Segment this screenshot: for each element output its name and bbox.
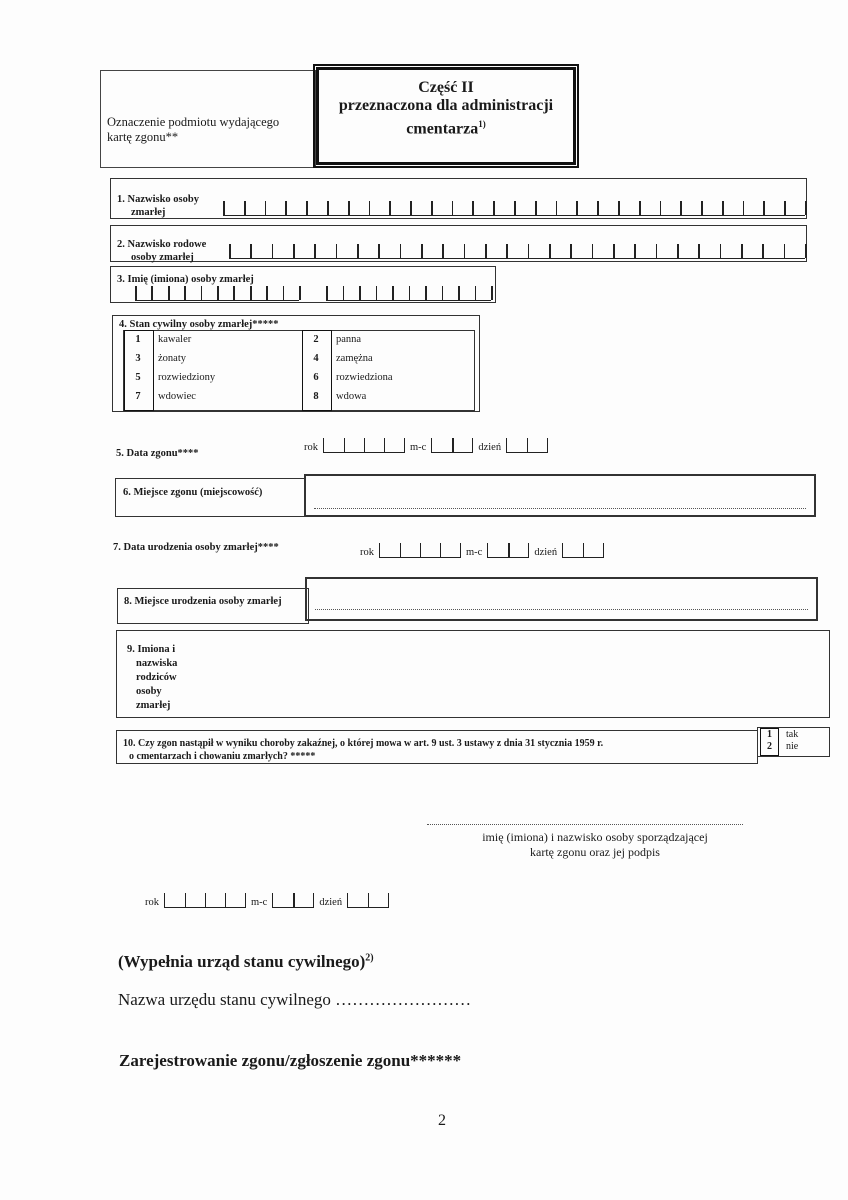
birth-year-cells[interactable] bbox=[379, 543, 461, 558]
cell-divider bbox=[442, 286, 444, 300]
cell-divider bbox=[570, 244, 572, 258]
cell-divider bbox=[508, 543, 509, 557]
infectious-answer-box: 1tak2nie bbox=[757, 727, 830, 757]
cell-divider bbox=[343, 286, 345, 300]
death-place-input[interactable] bbox=[304, 474, 816, 517]
death-place-label: 6. Miejsce zgonu (miejscowość) bbox=[123, 486, 262, 499]
cell-divider bbox=[597, 201, 599, 215]
part-title-box: Część II przeznaczona dla administracji … bbox=[313, 64, 579, 168]
civil-registry-heading: (Wypełnia urząd stanu cywilnego)2) bbox=[118, 952, 374, 972]
issuer-label-line2: kartę zgonu** bbox=[107, 130, 279, 145]
cell-divider bbox=[535, 201, 537, 215]
birth-place-label-box: 8. Miejsce urodzenia osoby zmarłej bbox=[117, 588, 309, 624]
parents-label-line: rodziców bbox=[127, 671, 177, 685]
birth-month-cells[interactable] bbox=[487, 543, 529, 558]
footnote-ref: 1) bbox=[478, 119, 486, 129]
cell-divider bbox=[409, 286, 411, 300]
cell-divider bbox=[592, 244, 594, 258]
cell-divider bbox=[205, 893, 206, 907]
cell-divider bbox=[314, 244, 316, 258]
first-names-field: 3. Imię (imiona) osoby zmarłej bbox=[110, 266, 496, 303]
cell-divider bbox=[656, 244, 658, 258]
infectious-option-label: tak bbox=[786, 729, 798, 740]
marital-option-code[interactable]: 3 bbox=[124, 353, 152, 364]
page-number: 2 bbox=[438, 1112, 446, 1130]
cell-divider bbox=[452, 201, 454, 215]
surname-field: 1. Nazwisko osoby zmarłej bbox=[110, 178, 807, 219]
year-label: rok bbox=[360, 547, 374, 558]
cell-divider bbox=[400, 244, 402, 258]
dotted-line bbox=[314, 508, 806, 509]
cell-divider bbox=[722, 201, 724, 215]
cell-divider bbox=[583, 543, 584, 557]
infectious-option-code[interactable]: 2 bbox=[760, 741, 779, 752]
surname-label: 1. Nazwisko osoby zmarłej bbox=[117, 193, 199, 219]
cell-divider bbox=[576, 201, 578, 215]
signature-caption: imię (imiona) i nazwisko osoby sporządza… bbox=[420, 830, 770, 860]
cell-divider bbox=[680, 201, 682, 215]
signature-line[interactable] bbox=[427, 824, 743, 825]
cell-divider bbox=[618, 201, 620, 215]
cell-divider bbox=[720, 244, 722, 258]
maiden-name-label-line1: 2. Nazwisko rodowe bbox=[117, 238, 206, 251]
cell-divider bbox=[431, 201, 433, 215]
cell-divider bbox=[527, 438, 528, 452]
cell-divider bbox=[528, 244, 530, 258]
maiden-name-label: 2. Nazwisko rodowe osoby zmarłej bbox=[117, 238, 206, 264]
cell-divider bbox=[151, 286, 153, 300]
cell-divider bbox=[493, 201, 495, 215]
cell-divider bbox=[359, 286, 361, 300]
cell-divider bbox=[306, 201, 308, 215]
part-title-line: Część II bbox=[318, 79, 574, 97]
cell-divider bbox=[475, 286, 477, 300]
cell-divider bbox=[389, 201, 391, 215]
month-label: m-c bbox=[410, 442, 426, 453]
parents-label-line: osoby bbox=[127, 685, 177, 699]
marital-option-label: kawaler bbox=[158, 334, 191, 345]
cell-divider bbox=[201, 286, 203, 300]
parents-label: 9. Imiona inazwiskarodzicówosobyzmarłej bbox=[127, 643, 177, 713]
infectious-question-line2: o cmentarzach i chowaniu zmarłych? ***** bbox=[123, 750, 603, 763]
cell-divider bbox=[266, 286, 268, 300]
cell-divider bbox=[250, 244, 252, 258]
infectious-question-line1: 10. Czy zgon nastąpił w wyniku choroby z… bbox=[123, 737, 603, 750]
cell-divider bbox=[701, 201, 703, 215]
cell-divider bbox=[376, 286, 378, 300]
death-place-label-box: 6. Miejsce zgonu (miejscowość) bbox=[115, 478, 305, 517]
issuer-label-line1: Oznaczenie podmiotu wydającego bbox=[107, 115, 279, 130]
cell-divider bbox=[265, 201, 267, 215]
cell-divider bbox=[283, 286, 285, 300]
cell-divider bbox=[299, 286, 301, 300]
cell-divider bbox=[514, 201, 516, 215]
signature-caption-line1: imię (imiona) i nazwisko osoby sporządza… bbox=[420, 830, 770, 845]
marital-option-label: żonaty bbox=[158, 353, 186, 364]
marital-option-code[interactable]: 4 bbox=[302, 353, 330, 364]
year-label: rok bbox=[304, 442, 318, 453]
marital-option-code[interactable]: 7 bbox=[124, 391, 152, 402]
registration-heading: Zarejestrowanie zgonu/zgłoszenie zgonu**… bbox=[119, 1051, 461, 1071]
month-label: m-c bbox=[251, 897, 267, 908]
cell-divider bbox=[368, 893, 369, 907]
year-label: rok bbox=[145, 897, 159, 908]
cell-divider bbox=[217, 286, 219, 300]
cell-divider bbox=[327, 201, 329, 215]
signature-caption-line2: kartę zgonu oraz jej podpis bbox=[420, 845, 770, 860]
death-date-label: 5. Data zgonu**** bbox=[116, 447, 199, 460]
cell-divider bbox=[743, 201, 745, 215]
marital-option-label: rozwiedziona bbox=[336, 372, 393, 383]
death-year-cells[interactable] bbox=[323, 438, 405, 453]
cell-divider bbox=[634, 244, 636, 258]
marital-option-code[interactable]: 1 bbox=[124, 334, 152, 345]
cell-divider bbox=[223, 201, 225, 215]
part-subtitle-line1: przeznaczona dla administracji bbox=[318, 97, 574, 115]
cell-divider bbox=[400, 543, 401, 557]
cell-divider bbox=[613, 244, 615, 258]
cell-divider bbox=[763, 201, 765, 215]
cell-divider bbox=[326, 286, 328, 300]
cell-divider bbox=[336, 244, 338, 258]
parents-field[interactable]: 9. Imiona inazwiskarodzicówosobyzmarłej bbox=[116, 630, 830, 718]
surname-label-line2: zmarłej bbox=[117, 206, 199, 219]
cell-divider bbox=[410, 201, 412, 215]
birth-place-input[interactable] bbox=[305, 577, 818, 621]
cell-divider bbox=[458, 286, 460, 300]
part-title: Część II przeznaczona dla administracji … bbox=[318, 69, 574, 138]
day-label: dzień bbox=[534, 547, 557, 558]
first-names-label: 3. Imię (imiona) osoby zmarłej bbox=[117, 273, 254, 286]
cell-divider bbox=[805, 244, 807, 258]
marital-option-label: wdowiec bbox=[158, 391, 196, 402]
cell-divider bbox=[698, 244, 700, 258]
civil-registry-heading-text: (Wypełnia urząd stanu cywilnego) bbox=[118, 952, 365, 971]
issue-year-cells[interactable] bbox=[164, 893, 246, 908]
cell-divider bbox=[285, 201, 287, 215]
marital-option-code[interactable]: 2 bbox=[302, 334, 330, 345]
surname-char-cells[interactable] bbox=[223, 201, 805, 216]
day-label: dzień bbox=[478, 442, 501, 453]
issue-day-cells[interactable] bbox=[347, 893, 389, 908]
death-month-cells[interactable] bbox=[431, 438, 473, 453]
cell-divider bbox=[506, 244, 508, 258]
cell-divider bbox=[250, 286, 252, 300]
issue-month-cells[interactable] bbox=[272, 893, 314, 908]
cell-divider bbox=[491, 286, 493, 300]
cell-divider bbox=[185, 893, 186, 907]
cell-divider bbox=[244, 201, 246, 215]
infectious-option-code[interactable]: 1 bbox=[760, 729, 779, 740]
cell-divider bbox=[425, 286, 427, 300]
cell-divider bbox=[272, 244, 274, 258]
cell-divider bbox=[805, 201, 807, 215]
maiden-name-field: 2. Nazwisko rodowe osoby zmarłej bbox=[110, 225, 807, 262]
cell-divider bbox=[135, 286, 137, 300]
cell-divider bbox=[369, 201, 371, 215]
cell-divider bbox=[348, 201, 350, 215]
cell-divider bbox=[378, 244, 380, 258]
cell-divider bbox=[344, 438, 345, 452]
parents-label-line: nazwiska bbox=[127, 657, 177, 671]
cell-divider bbox=[784, 201, 786, 215]
marital-option-code[interactable]: 8 bbox=[302, 391, 330, 402]
cell-divider bbox=[472, 201, 474, 215]
birth-day-cells[interactable] bbox=[562, 543, 604, 558]
cell-divider bbox=[549, 244, 551, 258]
part-subtitle-line2: cmentarza bbox=[406, 120, 478, 137]
cell-divider bbox=[741, 244, 743, 258]
infectious-question-box: 10. Czy zgon nastąpił w wyniku choroby z… bbox=[116, 730, 758, 764]
cell-divider bbox=[762, 244, 764, 258]
cell-divider bbox=[421, 244, 423, 258]
cell-divider bbox=[225, 893, 226, 907]
day-label: dzień bbox=[319, 897, 342, 908]
birth-date-label: 7. Data urodzenia osoby zmarłej**** bbox=[113, 541, 279, 554]
marital-status-grid: 1kawaler2panna3żonaty4zamężna5rozwiedzio… bbox=[123, 330, 475, 411]
infectious-question: 10. Czy zgon nastąpił w wyniku choroby z… bbox=[123, 737, 603, 763]
infectious-option-label: nie bbox=[786, 741, 798, 752]
marital-option-code[interactable]: 5 bbox=[124, 372, 152, 383]
cell-divider bbox=[229, 244, 231, 258]
cell-divider bbox=[357, 244, 359, 258]
maiden-name-label-line2: osoby zmarłej bbox=[117, 251, 206, 264]
issuer-box[interactable]: Oznaczenie podmiotu wydającego kartę zgo… bbox=[100, 70, 316, 168]
month-label: m-c bbox=[466, 547, 482, 558]
cell-divider bbox=[384, 438, 385, 452]
cell-divider bbox=[293, 893, 294, 907]
birth-date-input[interactable]: rok m-c dzień bbox=[360, 543, 604, 558]
civil-registry-office-name[interactable]: Nazwa urzędu stanu cywilnego …………………… bbox=[118, 990, 471, 1010]
cell-divider bbox=[485, 244, 487, 258]
cell-divider bbox=[184, 286, 186, 300]
marital-option-label: wdowa bbox=[336, 391, 366, 402]
birth-place-label: 8. Miejsce urodzenia osoby zmarłej bbox=[124, 595, 282, 608]
marital-option-code[interactable]: 6 bbox=[302, 372, 330, 383]
marital-option-label: rozwiedziony bbox=[158, 372, 215, 383]
cell-divider bbox=[442, 244, 444, 258]
surname-label-line1: 1. Nazwisko osoby bbox=[117, 193, 199, 206]
issue-date-input[interactable]: rok m-c dzień bbox=[145, 893, 389, 908]
cell-divider bbox=[392, 286, 394, 300]
footnote-ref: 2) bbox=[365, 952, 373, 963]
marital-status-field: 4. Stan cywilny osoby zmarłej***** 1kawa… bbox=[112, 315, 480, 412]
cell-divider bbox=[440, 543, 441, 557]
first-name-1-char-cells[interactable] bbox=[135, 286, 299, 301]
dotted-line bbox=[315, 609, 808, 610]
cell-divider bbox=[293, 244, 295, 258]
maiden-name-char-cells[interactable] bbox=[229, 244, 805, 259]
cell-divider bbox=[464, 244, 466, 258]
cell-divider bbox=[660, 201, 662, 215]
cell-divider bbox=[784, 244, 786, 258]
cell-divider bbox=[364, 438, 365, 452]
cell-divider bbox=[420, 543, 421, 557]
death-date-input[interactable]: rok m-c dzień bbox=[304, 438, 548, 453]
marital-option-label: panna bbox=[336, 334, 361, 345]
cell-divider bbox=[168, 286, 170, 300]
cell-divider bbox=[452, 438, 453, 452]
cell-divider bbox=[556, 201, 558, 215]
issuer-label: Oznaczenie podmiotu wydającego kartę zgo… bbox=[107, 115, 279, 145]
parents-label-line: zmarłej bbox=[127, 699, 177, 713]
parents-label-line: 9. Imiona i bbox=[127, 643, 177, 657]
death-day-cells[interactable] bbox=[506, 438, 548, 453]
first-name-2-char-cells[interactable] bbox=[326, 286, 491, 301]
marital-option-label: zamężna bbox=[336, 353, 373, 364]
cell-divider bbox=[639, 201, 641, 215]
cell-divider bbox=[233, 286, 235, 300]
cell-divider bbox=[677, 244, 679, 258]
